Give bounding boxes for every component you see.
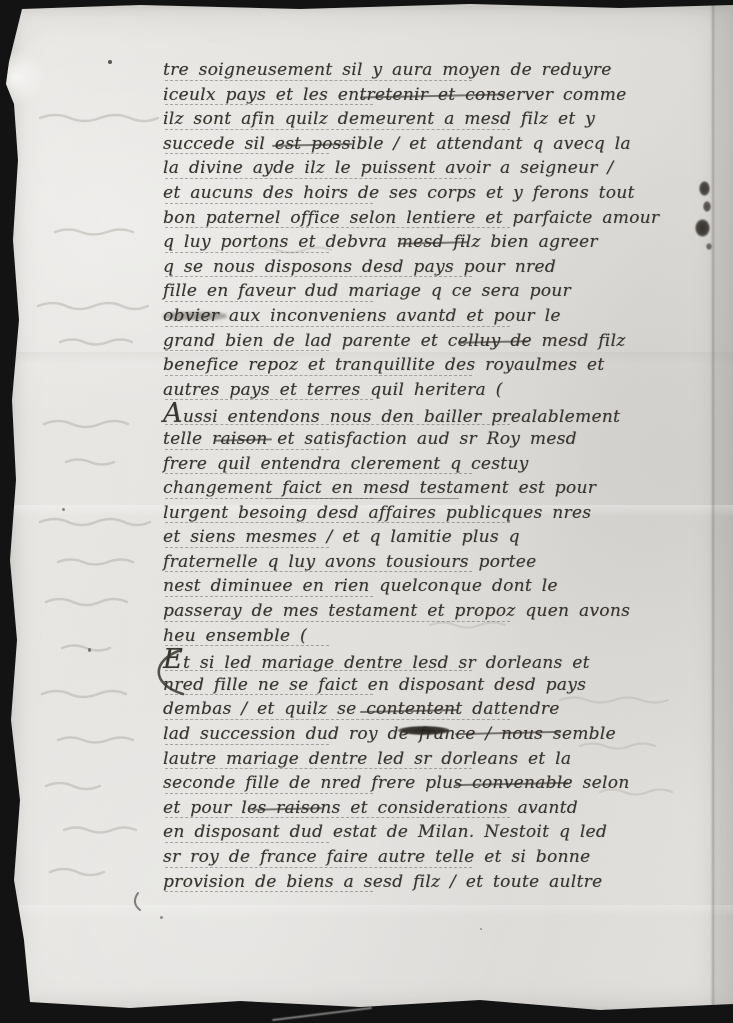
manuscript-text: tre soigneusement sil y aura moyen de re… <box>163 58 711 894</box>
manuscript-line: tre soigneusement sil y aura moyen de re… <box>163 58 711 83</box>
manuscript-page: tre soigneusement sil y aura moyen de re… <box>0 0 733 1023</box>
ink-speck <box>88 648 91 652</box>
manuscript-line: ilz sont afin quilz demeurent a mesd fil… <box>163 107 711 132</box>
manuscript-line: et pour les raisons et considerations av… <box>163 796 711 821</box>
manuscript-line: en disposant dud estat de Milan. Nestoit… <box>163 820 711 845</box>
manuscript-line: nest diminuee en rien quelconque dont le <box>163 574 711 599</box>
manuscript-line: nred fille ne se faict en disposant desd… <box>163 673 711 698</box>
adjacent-leaf-edge <box>715 0 733 1023</box>
paper-crease-band <box>0 905 733 917</box>
manuscript-line: Aussi entendons nous den bailler prealab… <box>163 402 711 427</box>
manuscript-line: benefice repoz et tranquillite des royau… <box>163 353 711 378</box>
ink-blot <box>706 243 712 250</box>
manuscript-line: sr roy de france faire autre telle et si… <box>163 845 711 870</box>
manuscript-line: frere quil entendra clerement q cestuy <box>163 452 711 477</box>
ink-blot <box>695 219 710 237</box>
ink-blot <box>703 201 711 212</box>
manuscript-line: heu ensemble ( <box>163 624 711 649</box>
background-paper-sliver <box>272 1007 371 1021</box>
ink-speck <box>62 508 65 511</box>
manuscript-line: lautre mariage dentre led sr dorleans et… <box>163 747 711 772</box>
ink-speck <box>480 928 482 930</box>
manuscript-line: changement faict en mesd testament est p… <box>163 476 711 501</box>
manuscript-line: la divine ayde ilz le puissent avoir a s… <box>163 156 711 181</box>
ink-deletion-blot <box>398 726 450 735</box>
ink-speck <box>160 916 163 919</box>
paper-dogear-corner <box>2 48 46 106</box>
manuscript-line: Et si led mariage dentre lesd sr dorlean… <box>163 648 711 673</box>
manuscript-line: q se nous disposons desd pays pour nred <box>163 255 711 280</box>
manuscript-line: et siens mesmes / et q lamitie plus q <box>163 525 711 550</box>
manuscript-line: autres pays et terres quil heritera ( <box>163 378 711 403</box>
manuscript-line: obvier aux inconveniens avantd et pour l… <box>163 304 711 329</box>
ink-blot <box>699 181 710 196</box>
manuscript-scan: tre soigneusement sil y aura moyen de re… <box>0 0 733 1023</box>
heavy-ink-smudge <box>163 312 227 320</box>
manuscript-line: bon paternel office selon lentiere et pa… <box>163 206 711 231</box>
manuscript-line: provision de biens a sesd filz / et tout… <box>163 870 711 895</box>
manuscript-line: succede sil est possible / et attendant … <box>163 132 711 157</box>
manuscript-line: grand bien de lad parente et celluy de m… <box>163 329 711 354</box>
manuscript-line: et aucuns des hoirs de ses corps et y fe… <box>163 181 711 206</box>
manuscript-line: fille en faveur dud mariage q ce sera po… <box>163 279 711 304</box>
manuscript-line: seconde fille de nred frere plus convena… <box>163 771 711 796</box>
manuscript-line: passeray de mes testament et propoz quen… <box>163 599 711 624</box>
manuscript-line: fraternelle q luy avons tousiours portee <box>163 550 711 575</box>
manuscript-line: lurgent besoing desd affaires publicques… <box>163 501 711 526</box>
ink-speck <box>108 60 112 64</box>
